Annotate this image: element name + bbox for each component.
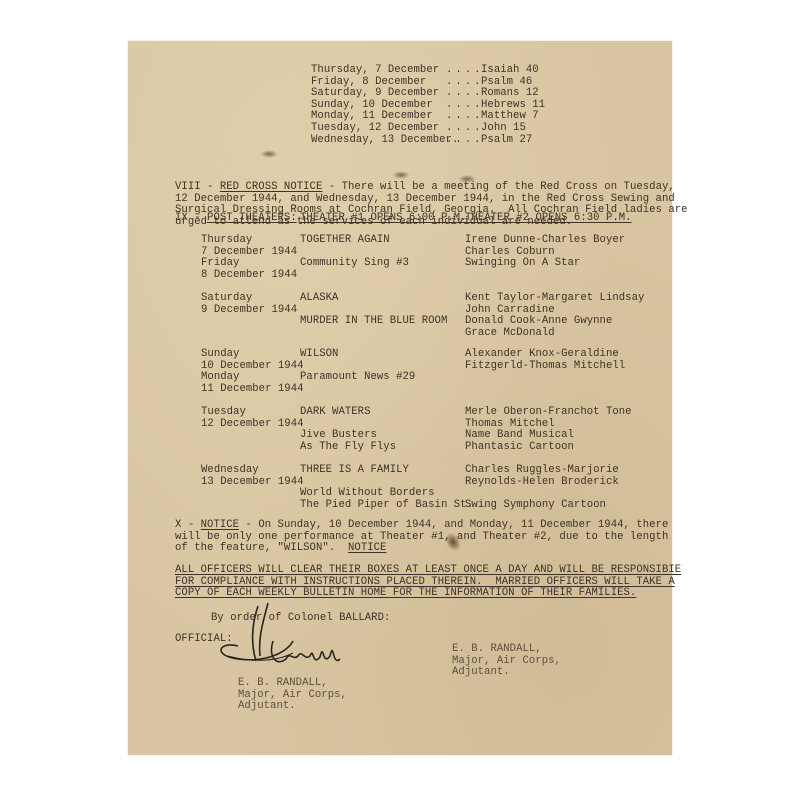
theater-1-program: THREE IS A FAMILY [300,465,409,477]
theater-2-program: Grace McDonald [465,328,555,340]
theater-date: Wednesday [201,465,259,477]
ink-smudge [260,150,278,158]
schedule-leader-dots: .... [446,135,483,147]
officers-notice-line-3: COPY OF EACH WEEKLY BULLETIN HOME FOR TH… [175,588,675,600]
officers-notice-line-1: ALL OFFICERS WILL CLEAR THEIR BOXES AT L… [175,565,675,577]
theater-2-program: Irene Dunne-Charles Boyer [465,235,625,247]
theater-1-program: TOGETHER AGAIN [300,235,390,247]
theater-2-header: THEATER #2 OPENS 6:30 P.M. [465,213,632,225]
post-theaters-label: IX - POST THEATERS: [175,213,297,225]
notice-x-line-3: of the feature, "WILSON". NOTICE [175,543,675,555]
theater-2-program: Kent Taylor-Margaret Lindsay [465,293,644,305]
bulletin-page: Thursday, 7 December....Isaiah 40Friday,… [128,41,672,755]
theater-date: 12 December 1944 [201,419,304,431]
theater-date: 8 December 1944 [201,270,297,282]
theater-1-program: DARK WATERS [300,407,370,419]
theater-2-program: Reynolds-Helen Broderick [465,477,619,489]
theater-date: Sunday [201,349,239,361]
schedule-scripture: Isaiah 40 [481,65,539,77]
theater-1-program: ALASKA [300,293,338,305]
theater-1-program: Paramount News #29 [300,372,415,384]
theater-date: 13 December 1944 [201,477,304,489]
theater-1-program: The Pied Piper of Basin St. [300,500,473,512]
schedule-day: Tuesday, 12 December [311,123,439,135]
schedule-day: Wednesday, 13 December. [311,135,458,147]
notice-x-line-1: X - NOTICE - On Sunday, 10 December 1944… [175,520,675,532]
theater-2-program: Charles Ruggles-Marjorie [465,465,619,477]
theater-1-program: As The Fly Flys [300,442,396,454]
schedule-scripture: John 15 [481,123,526,135]
theater-1-header: THEATER #1 OPENS 6:00 P.M. [300,213,467,225]
theater-2-program: Fitzgerld-Thomas Mitchell [465,361,625,373]
ink-smudge [458,175,476,183]
schedule-leader-dots: .... [446,65,483,77]
ink-smudge [392,171,410,179]
theater-1-program: Community Sing #3 [300,258,409,270]
red-cross-notice-line-1: VIII - RED CROSS NOTICE - There will be … [175,182,675,194]
theater-2-program: Phantasic Cartoon [465,442,574,454]
signature-left-name: E. B. RANDALL, [238,678,328,690]
signature-left-title: Adjutant. [238,701,296,713]
theater-2-program: Swinging On A Star [465,258,580,270]
theater-2-program: Swing Symphony Cartoon [465,500,606,512]
signature-right-title: Adjutant. [452,667,510,679]
theater-1-program: WILSON [300,349,338,361]
schedule-leader-dots: .... [446,123,483,135]
signature-right-name: E. B. RANDALL, [452,644,542,656]
theater-date: Thursday [201,235,252,247]
theater-1-program: MURDER IN THE BLUE ROOM [300,316,447,328]
handwritten-signature [198,601,348,681]
schedule-day: Thursday, 7 December [311,65,439,77]
theater-date: Saturday [201,293,252,305]
notice-x-heading: NOTICE [201,519,239,531]
theater-2-program: Merle Oberon-Franchot Tone [465,407,632,419]
theater-date: Tuesday [201,407,246,419]
theater-2-program: Alexander Knox-Geraldine [465,349,619,361]
red-cross-notice-heading: RED CROSS NOTICE [220,181,323,193]
theater-date: 9 December 1944 [201,305,297,317]
theater-date: 11 December 1944 [201,384,304,396]
schedule-scripture: Psalm 27 [481,135,532,147]
